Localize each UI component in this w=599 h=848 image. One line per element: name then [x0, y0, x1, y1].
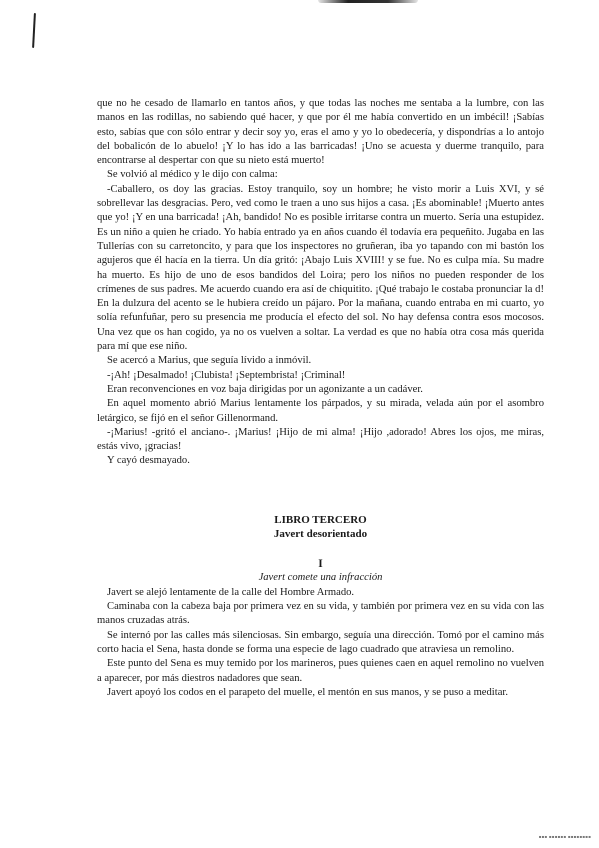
book-title: LIBRO TERCERO: [97, 513, 544, 527]
paragraph: Eran reconvenciones en voz baja dirigida…: [97, 383, 544, 397]
paragraph: Caminaba con la cabeza baja por primera …: [97, 600, 544, 629]
paragraph: Se internó por las calles más silenciosa…: [97, 629, 544, 658]
book-heading: LIBRO TERCERO Javert desorientado I Jave…: [97, 513, 544, 585]
paragraph: Javert se alejó lentamente de la calle d…: [97, 586, 544, 600]
margin-pen-mark: [32, 13, 36, 48]
paragraph: -¡Marius! -gritó el anciano-. ¡Marius! ¡…: [97, 426, 544, 455]
section-part2: Javert se alejó lentamente de la calle d…: [97, 586, 544, 700]
footer-watermark: ▪▪▪ ▪▪▪▪▪▪ ▪▪▪▪▪▪▪▪: [539, 834, 591, 839]
paragraph: Javert apoyó los codos en el parapeto de…: [97, 686, 544, 700]
paragraph: -¡Ah! ¡Desalmado! ¡Clubista! ¡Septembris…: [97, 369, 544, 383]
page-body: que no he cesado de llamarlo en tantos a…: [97, 97, 544, 700]
chapter-title: Javert comete una infracción: [97, 571, 544, 585]
paragraph: Y cayó desmayado.: [97, 454, 544, 468]
section-part1: que no he cesado de llamarlo en tantos a…: [97, 97, 544, 469]
paragraph: Se acercó a Marius, que seguía lívido a …: [97, 354, 544, 368]
paragraph: Se volvió al médico y le dijo con calma:: [97, 168, 544, 182]
paragraph: En aquel momento abrió Marius lentamente…: [97, 397, 544, 426]
paragraph: -Caballero, os doy las gracias. Estoy tr…: [97, 183, 544, 355]
book-subtitle: Javert desorientado: [97, 527, 544, 541]
scan-artifact-top: [318, 0, 418, 3]
paragraph: Este punto del Sena es muy temido por lo…: [97, 657, 544, 686]
paragraph: que no he cesado de llamarlo en tantos a…: [97, 97, 544, 168]
chapter-number: I: [97, 557, 544, 571]
